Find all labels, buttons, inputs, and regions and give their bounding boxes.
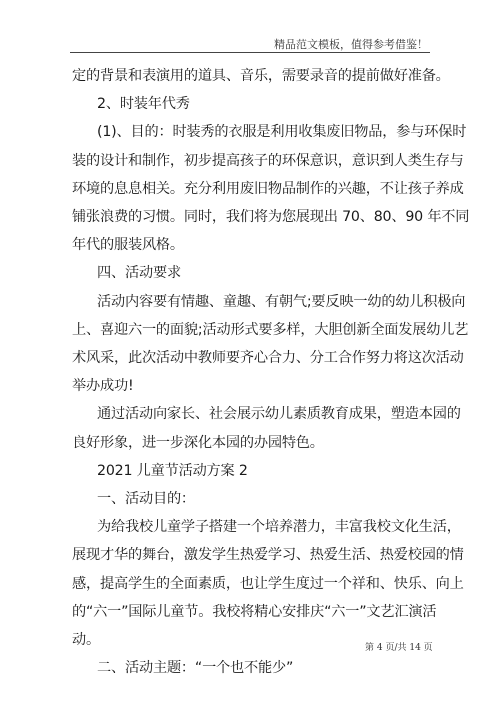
text-line: 展现才华的舞台，激发学生热爱学习、热爱生活、热爱校园的情 — [72, 541, 434, 569]
text-line: 感，提高学生的全面素质，也让学生度过一个祥和、快乐、向上 — [72, 570, 434, 598]
text-line: 铺张浪费的习惯。同时，我们将为您展现出 70、80、90 年不同 — [72, 203, 434, 231]
document-body: 定的背景和表演用的道具、音乐，需要录音的提前做好准备。 2、时装年代秀 (1)、… — [72, 62, 434, 682]
text-line: 2、时装年代秀 — [72, 90, 434, 118]
text-line: 为给我校儿童学子搭建一个培养潜力，丰富我校文化生活， — [72, 513, 434, 541]
text-line: 年代的服装风格。 — [72, 231, 434, 259]
section-heading: 二、活动主题：“一个也不能少” — [72, 654, 434, 682]
text-line: 环境的息息相关。充分利用废旧物品制作的兴趣，不让孩子养成 — [72, 175, 434, 203]
page-number: 第 4 页/共 14 页 — [365, 640, 433, 653]
text-line: 上、喜迎六一的面貌;活动形式要多样，大胆创新全面发展幼儿艺 — [72, 316, 434, 344]
text-line: 举办成功! — [72, 372, 434, 400]
text-line: 术风采，此次活动中教师要齐心合力、分工合作努力将这次活动 — [72, 344, 434, 372]
section-heading: 四、活动要求 — [72, 259, 434, 287]
header-text: 精品范文模板，值得参考借鉴！ — [274, 36, 428, 52]
text-line: 活动内容要有情趣、童趣、有朝气;要反映一幼的幼儿积极向 — [72, 288, 434, 316]
text-line: 良好形象，进一步深化本园的办园特色。 — [72, 429, 434, 457]
text-line: (1)、目的：时装秀的衣服是利用收集废旧物品，参与环保时 — [72, 118, 434, 146]
text-line: 装的设计和制作，初步提高孩子的环保意识，意识到人类生存与 — [72, 147, 434, 175]
text-line: 定的背景和表演用的道具、音乐，需要录音的提前做好准备。 — [72, 62, 434, 90]
plan-title: 2021 儿童节活动方案 2 — [72, 457, 434, 485]
text-line: 的“六一”国际儿童节。我校将精心安排庆“六一”文艺汇演活 — [72, 598, 434, 626]
text-line: 通过活动向家长、社会展示幼儿素质教育成果，塑造本园的 — [72, 400, 434, 428]
section-heading: 一、活动目的： — [72, 485, 434, 513]
page-header: 精品范文模板，值得参考借鉴！ — [70, 34, 430, 53]
